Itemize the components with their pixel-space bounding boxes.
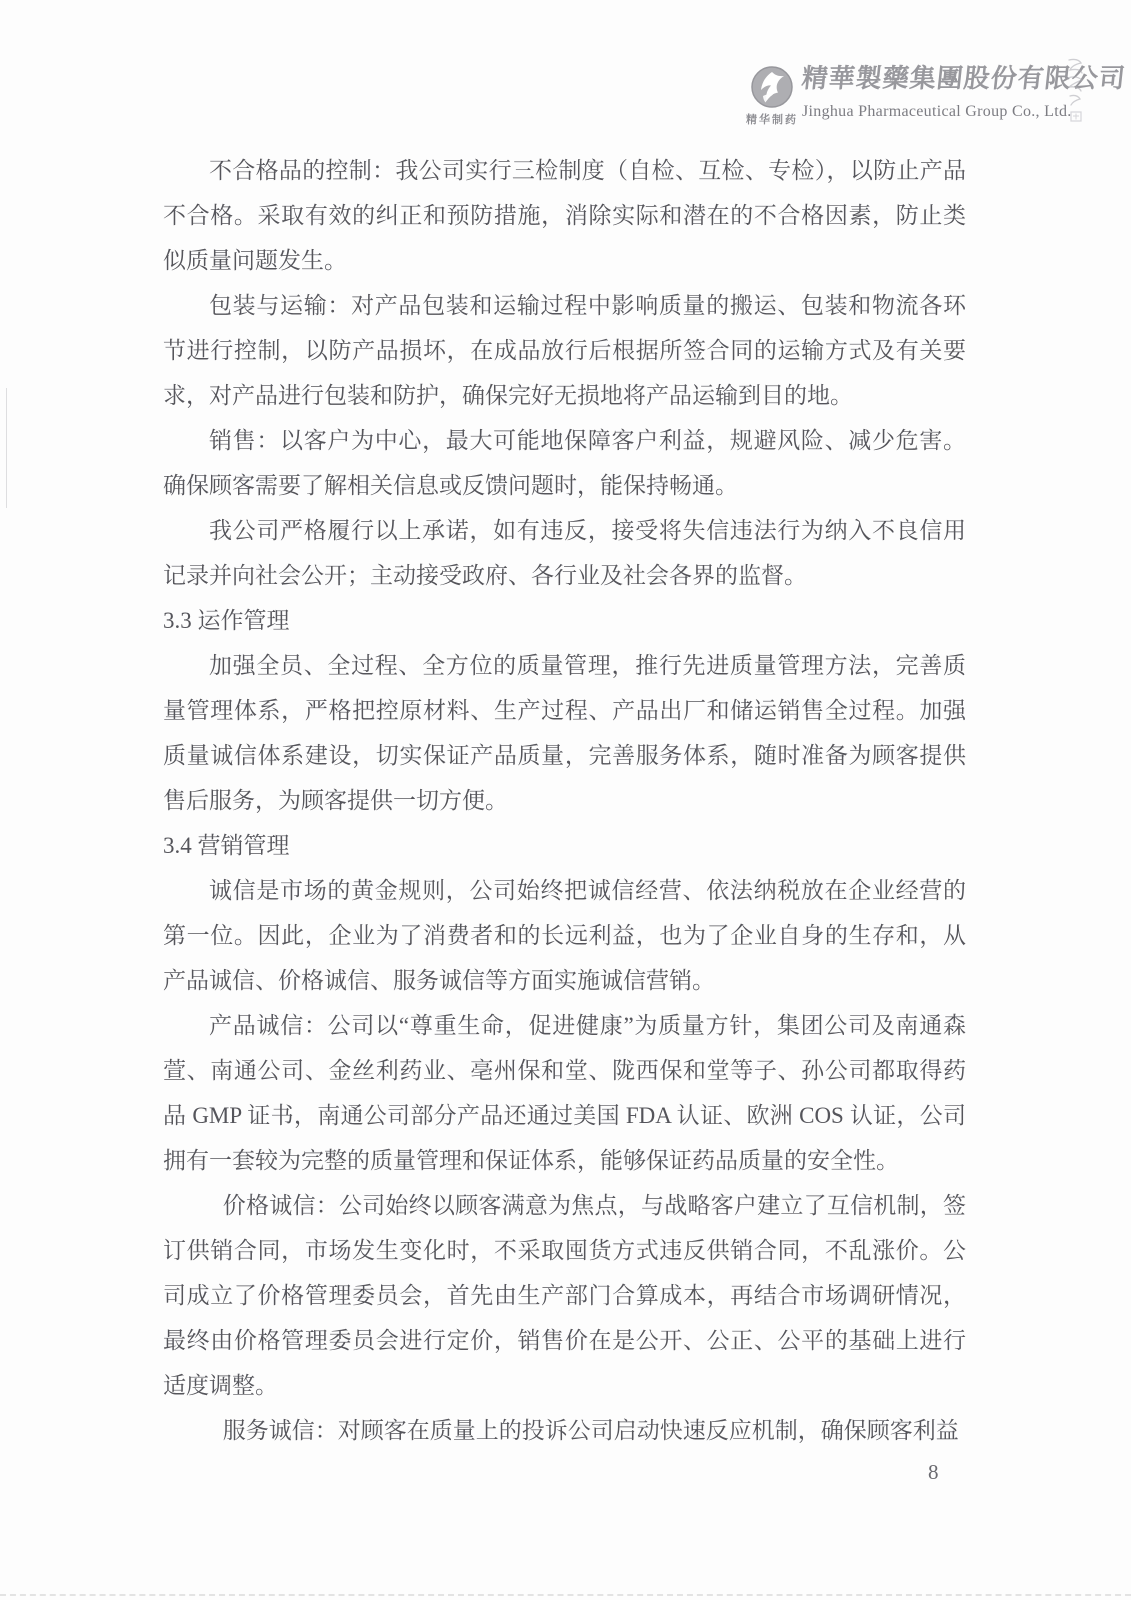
scan-artifact-bottom-edge: [0, 1594, 1131, 1596]
company-name-zh: 精華製藥集團股份有限公司: [800, 58, 1054, 95]
scan-artifact-left-edge: [6, 388, 7, 508]
document-page: 精华制药 精華製藥集團股份有限公司 Jinghua Pharmaceutical…: [0, 0, 1131, 1600]
paragraph-sales: 销售：以客户为中心，最大可能地保障客户利益，规避风险、减少危害。确保顾客需要了解…: [163, 418, 966, 508]
company-name-en: Jinghua Pharmaceutical Group Co., Ltd.: [802, 103, 1052, 121]
paragraph-price-integrity: 价格诚信：公司始终以顾客满意为焦点，与战略客户建立了互信机制，签订供销合同，市场…: [163, 1183, 966, 1408]
paragraph-integrity-marketing: 诚信是市场的黄金规则，公司始终把诚信经营、依法纳税放在企业经营的第一位。因此，企…: [163, 868, 966, 1003]
company-logo: 精华制药: [736, 66, 808, 127]
logo-caption: 精华制药: [736, 111, 808, 127]
paragraph-nonconforming-control: 不合格品的控制：我公司实行三检制度（自检、互检、专检），以防止产品不合格。采取有…: [163, 148, 966, 283]
paragraph-service-integrity: 服务诚信：对顾客在质量上的投诉公司启动快速反应机制，确保顾客利益: [163, 1408, 966, 1453]
company-letterhead: 精华制药 精華製藥集團股份有限公司 Jinghua Pharmaceutical…: [712, 58, 1112, 138]
company-names: 精華製藥集團股份有限公司 Jinghua Pharmaceutical Grou…: [802, 58, 1052, 121]
signature-mark-icon: [1064, 56, 1086, 126]
dove-circle-icon: [751, 66, 793, 108]
paragraph-packaging-transport: 包装与运输：对产品包装和运输过程中影响质量的搬运、包装和物流各环节进行控制，以防…: [163, 283, 966, 418]
section-heading-3-4: 3.4 营销管理: [163, 823, 966, 868]
paragraph-product-integrity: 产品诚信：公司以“尊重生命，促进健康”为质量方针，集团公司及南通森萱、南通公司、…: [163, 1003, 966, 1183]
paragraph-commitment: 我公司严格履行以上承诺，如有违反，接受将失信违法行为纳入不良信用记录并向社会公开…: [163, 508, 966, 598]
page-number: 8: [928, 1460, 939, 1485]
section-heading-3-3: 3.3 运作管理: [163, 598, 966, 643]
paragraph-operations-management: 加强全员、全过程、全方位的质量管理，推行先进质量管理方法，完善质量管理体系，严格…: [163, 643, 966, 823]
document-body: 不合格品的控制：我公司实行三检制度（自检、互检、专检），以防止产品不合格。采取有…: [163, 148, 966, 1453]
